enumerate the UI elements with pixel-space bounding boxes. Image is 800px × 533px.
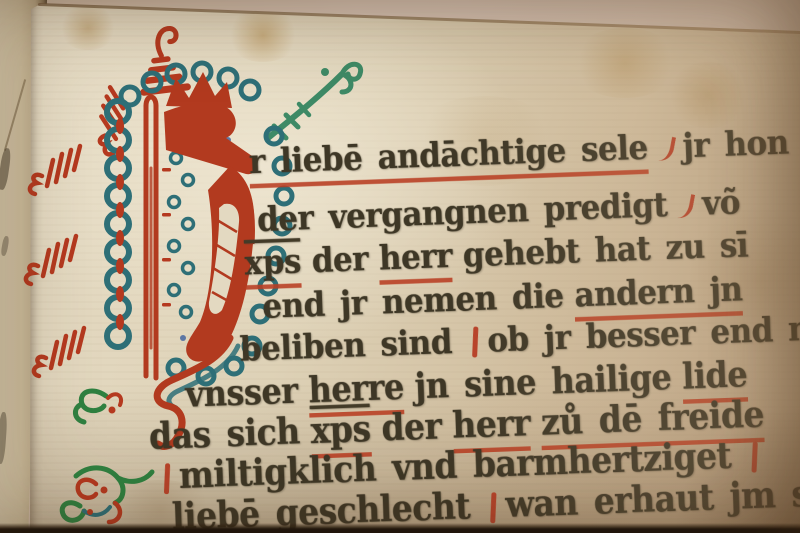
ink-bleedthrough-mark: [0, 412, 8, 464]
teal-antenna-flourish: [268, 64, 361, 138]
parchment-stain: [690, 200, 800, 360]
manuscript-photo: r liebē andāchtige selejr hon der vergan…: [0, 0, 800, 533]
initial-letter-stem: [146, 97, 156, 378]
penwork-inner-scales: [169, 153, 194, 318]
penwork-red-drops: [116, 118, 124, 330]
margin-comb-flourish-2: [26, 236, 76, 284]
floral-sprig-upper: [75, 391, 121, 422]
ink-bleedthrough-mark: [0, 148, 12, 191]
ink-bleedthrough-mark: [0, 236, 9, 257]
margin-comb-flourish-3: [34, 328, 84, 376]
floral-sprig-lower: [62, 468, 152, 522]
photo-bottom-shadow: [0, 523, 800, 533]
penwork-lace-left: [107, 101, 129, 347]
initial-letter-body: [164, 72, 256, 362]
penwork-lace-right: [252, 128, 292, 322]
parchment-stain: [410, 96, 560, 186]
parchment-stain: [570, 28, 680, 98]
margin-comb-flourish-1: [30, 146, 80, 194]
parchment-stain: [666, 62, 750, 128]
illuminated-initial-J: [18, 8, 368, 528]
